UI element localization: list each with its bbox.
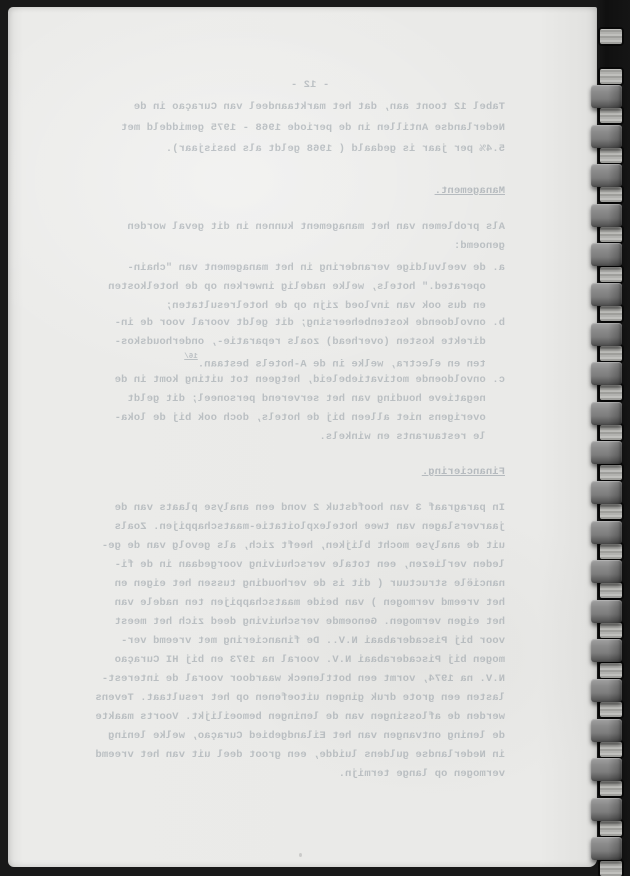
binding-hole [600,108,622,123]
comb-tooth [591,164,622,187]
comb-tooth [591,283,622,306]
binding-hole [600,29,622,44]
comb-tooth [591,837,622,860]
binding-hole [600,187,622,202]
binding-hole [600,544,622,559]
comb-tooth [591,639,622,662]
binding-hole [600,267,622,282]
comb-tooth [591,719,622,742]
page-number: - 12 - [115,76,505,95]
comb-tooth [591,481,622,504]
binding-hole [600,702,622,717]
management-problem-item-b: b. onvoldoende kostenbeheersing; dit gel… [85,314,505,375]
comb-tooth [591,402,622,425]
comb-tooth [591,521,622,544]
binding-hole [600,425,622,440]
bleedthrough-text-layer: - 12 - Tabel 12 toont aan, dat het markt… [8,7,597,867]
document-page: - 12 - Tabel 12 toont aan, dat het markt… [8,7,597,867]
management-intro-paragraph: Als problemen van het management kunnen … [85,218,505,256]
comb-tooth [591,243,622,266]
heading-financing: Financiering. [85,463,505,482]
comb-tooth [591,798,622,821]
binding-hole [600,623,622,638]
binding-hole [600,504,622,519]
management-problem-item-c: c. onvoldoende motivatiebeleid, hetgeen … [85,371,505,447]
comb-tooth [591,560,622,583]
binding-hole [600,583,622,598]
comb-tooth [591,85,622,108]
item-b-text: b. onvoldoende kostenbeheersing; dit gel… [115,317,505,371]
comb-tooth [591,679,622,702]
comb-tooth [591,362,622,385]
comb-tooth [591,600,622,623]
footnote-16-marker: 16/ [184,353,198,361]
comb-tooth [591,758,622,781]
binding-hole [600,69,622,84]
comb-tooth [591,204,622,227]
paper-speck [299,853,302,857]
comb-tooth [591,125,622,148]
binding-hole [600,861,622,876]
binding-hole [600,385,622,400]
binding-hole [600,346,622,361]
binding-hole [600,227,622,242]
binding-hole [600,742,622,757]
binding-hole [600,781,622,796]
comb-tooth [591,441,622,464]
binding-hole [600,148,622,163]
binding-hole [600,465,622,480]
binding-hole [600,663,622,678]
heading-management: Management. [85,182,505,201]
binding-hole [600,821,622,836]
binding-hole [600,306,622,321]
management-problem-item-a: a. de veelvuldige verandering in het man… [85,259,505,316]
comb-tooth [591,323,622,346]
scanned-page-background: - 12 - Tabel 12 toont aan, dat het markt… [0,0,630,876]
financing-paragraph: In paragraaf 3 van hoofdstuk 2 vond een … [85,499,505,784]
market-share-paragraph: Tabel 12 toont aan, dat het marktaandeel… [85,97,505,160]
